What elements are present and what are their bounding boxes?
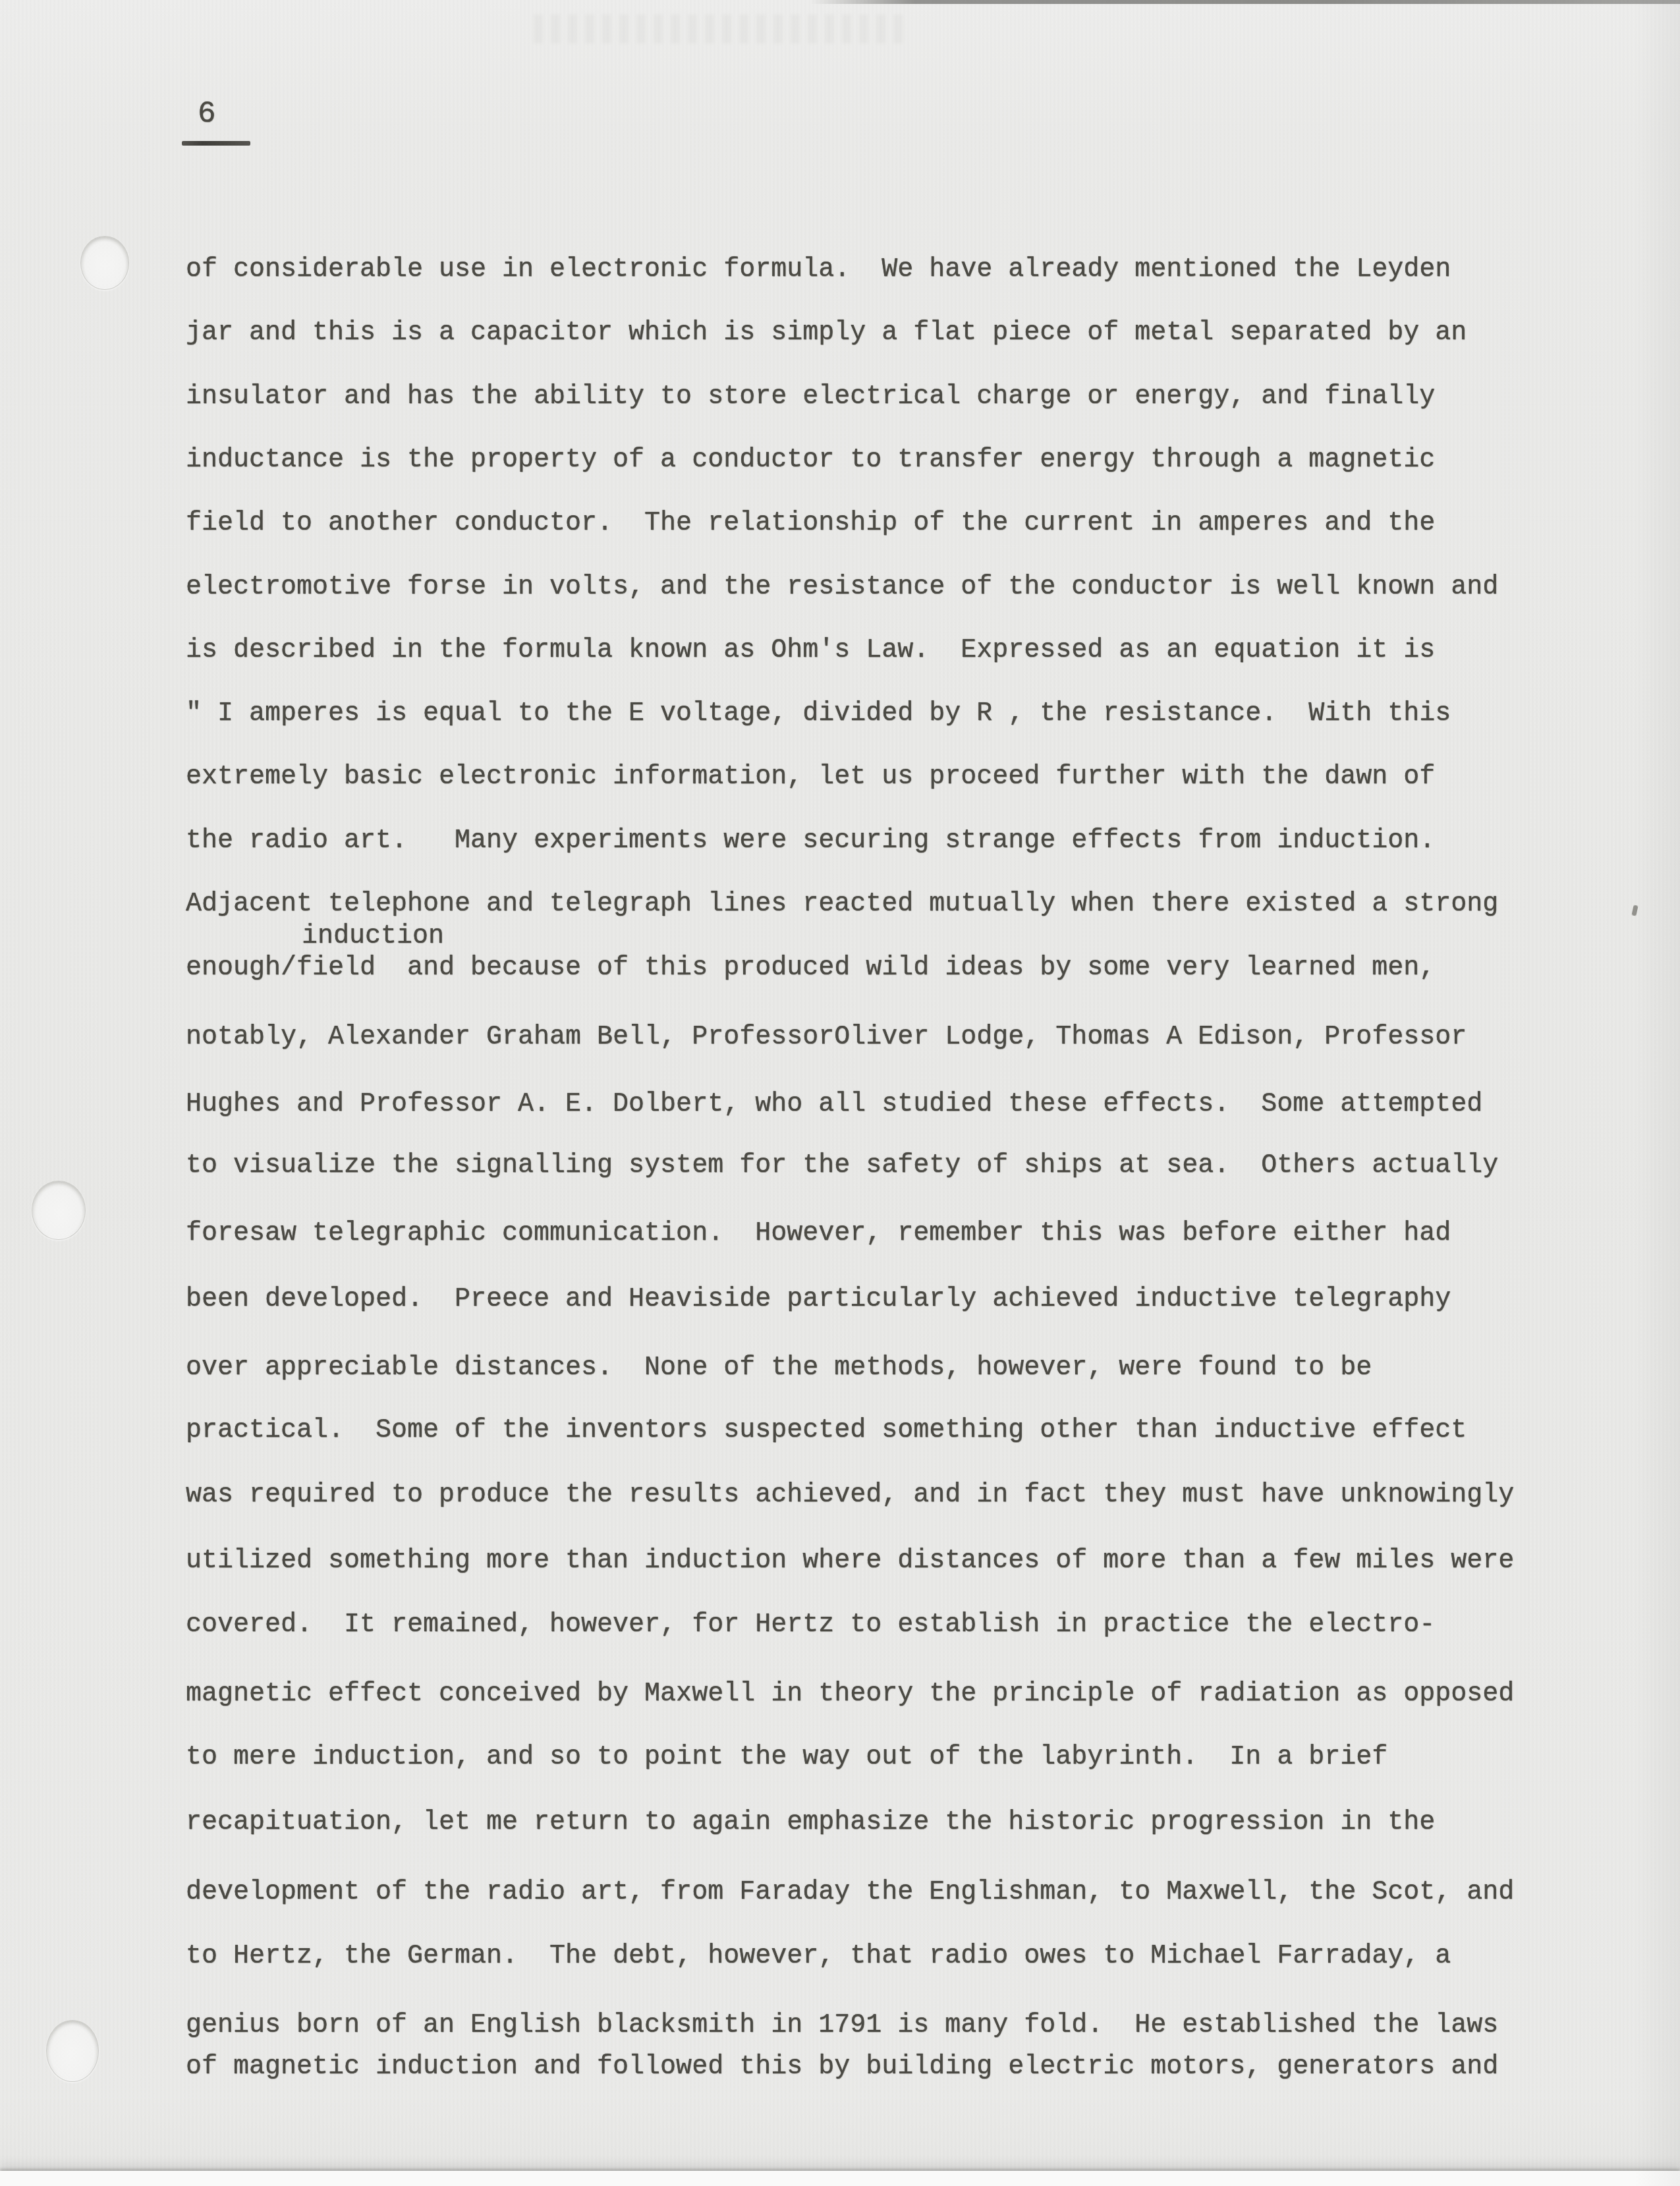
punch-hole-middle xyxy=(32,1181,86,1240)
document-page: 6 of considerable use in electronic form… xyxy=(0,0,1680,2186)
text-line-9: extremely basic electronic information, … xyxy=(186,763,1435,792)
text-line-20: was required to produce the results achi… xyxy=(186,1481,1514,1510)
text-line-1: of considerable use in electronic formul… xyxy=(186,256,1451,285)
text-line-25: recapituation, let me return to again em… xyxy=(186,1808,1435,1837)
text-line-28: genius born of an English blacksmith in … xyxy=(186,2011,1498,2040)
text-line-27: to Hertz, the German. The debt, however,… xyxy=(186,1942,1451,1971)
text-line-5: field to another conductor. The relation… xyxy=(186,509,1435,538)
text-line-21: utilized something more than induction w… xyxy=(186,1547,1514,1576)
text-line-29: of magnetic induction and followed this … xyxy=(186,2053,1498,2082)
text-line-23: magnetic effect conceived by Maxwell in … xyxy=(186,1680,1514,1709)
text-line-19: practical. Some of the inventors suspect… xyxy=(186,1416,1467,1445)
text-line-4: inductance is the property of a conducto… xyxy=(186,446,1435,475)
text-line-12: enough/field and because of this produce… xyxy=(186,954,1435,983)
text-line-24: to mere induction, and so to point the w… xyxy=(186,1743,1387,1772)
text-line-17: been developed. Preece and Heaviside par… xyxy=(186,1285,1451,1314)
typewritten-text-block: of considerable use in electronic formul… xyxy=(186,0,1602,2186)
punch-hole-bottom xyxy=(46,2020,99,2082)
text-line-7: is described in the formula known as Ohm… xyxy=(186,636,1435,665)
text-line-16: foresaw telegraphic communication. Howev… xyxy=(186,1219,1451,1248)
text-line-11: Adjacent telephone and telegraph lines r… xyxy=(186,890,1498,919)
punch-hole-top xyxy=(80,236,129,290)
text-line-8: " I amperes is equal to the E voltage, d… xyxy=(186,700,1451,729)
text-line-18: over appreciable distances. None of the … xyxy=(186,1354,1372,1383)
text-line-10: the radio art. Many experiments were sec… xyxy=(186,827,1435,856)
inserted-word: induction xyxy=(302,922,444,951)
text-line-26: development of the radio art, from Farad… xyxy=(186,1878,1514,1907)
scan-bottom-edge xyxy=(0,2171,1680,2186)
text-line-14: Hughes and Professor A. E. Dolbert, who … xyxy=(186,1090,1482,1119)
text-line-6: electromotive forse in volts, and the re… xyxy=(186,573,1498,602)
text-line-22: covered. It remained, however, for Hertz… xyxy=(186,1611,1435,1640)
text-line-15: to visualize the signalling system for t… xyxy=(186,1152,1498,1181)
text-line-3: insulator and has the ability to store e… xyxy=(186,383,1435,412)
scan-artifact-mark xyxy=(1631,905,1638,916)
text-line-2: jar and this is a capacitor which is sim… xyxy=(186,319,1467,348)
text-line-13: notably, Alexander Graham Bell, Professo… xyxy=(186,1023,1467,1052)
